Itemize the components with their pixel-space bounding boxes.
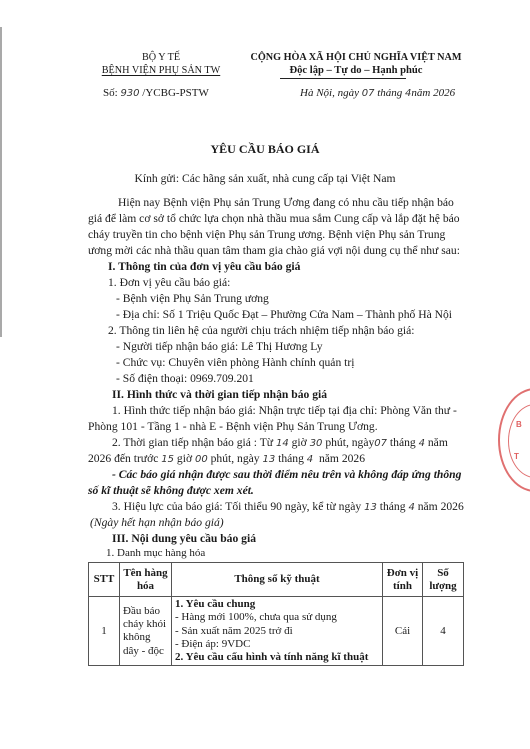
col-stt: STT [89, 563, 120, 597]
col-name: Tên hàng hóa [120, 563, 172, 597]
section-1-heading: I. Thông tin của đơn vị yêu cầu báo giá [108, 260, 300, 274]
late-submission-note-line-2: số kĩ thuật sẽ không được xem xét. [88, 484, 254, 498]
col-quantity: Số lượng [423, 563, 464, 597]
row-quantity: 4 [423, 597, 464, 666]
section-1-item-1: 1. Đơn vị yêu cầu báo giá: [108, 276, 230, 290]
section-2-heading: II. Hình thức và thời gian tiếp nhận báo… [112, 388, 327, 402]
stamp-text: B [516, 420, 522, 429]
intro-line-2: giá để làm cơ sở tổ chức lựa chọn nhà th… [88, 212, 460, 226]
header-left: BỘ Y TẾ BỆNH VIỆN PHỤ SẢN TW [86, 52, 236, 77]
requesting-unit: - Bệnh viện Phụ Sản Trung ương [116, 292, 269, 306]
table-row: 1 Đầu báo cháy khói không dây - độc 1. Y… [89, 597, 464, 666]
section-2-item-1-line-2: Phòng 101 - Tầng 1 - nhà E - Bệnh viện P… [88, 420, 378, 434]
motto-underline [280, 78, 406, 79]
recipient-line: Kính gửi: Các hãng sản xuất, nhà cung cấ… [0, 172, 530, 186]
organization-name: BỆNH VIỆN PHỤ SẢN TW [86, 65, 236, 78]
spec-line: - Hàng mới 100%, chưa qua sử dụng [175, 611, 379, 624]
country-name: CỘNG HÒA XÃ HỘI CHỦ NGHĨA VIỆT NAM [240, 52, 472, 65]
section-2-item-1-line-1: 1. Hình thức tiếp nhận báo giá: Nhận trự… [112, 404, 457, 418]
goods-table: STT Tên hàng hóa Thông số kỹ thuật Đơn v… [88, 562, 464, 666]
quote-validity: 3. Hiệu lực của báo giá: Tối thiểu 90 ng… [112, 500, 464, 515]
document-date: Hà Nội, ngày 07 tháng 4năm 2026 [300, 86, 455, 101]
document-number: Số: 930 /YCBG-PSTW [103, 86, 209, 101]
row-unit: Cái [383, 597, 423, 666]
section-3-heading: III. Nội dung yêu cầu báo giá [112, 532, 256, 546]
intro-line-4: ương mời các nhà thầu quan tâm tham gia … [88, 244, 460, 258]
unit-address: - Địa chỉ: Số 1 Triệu Quốc Đạt – Phường … [116, 308, 452, 322]
spec-line: - Điện áp: 9VDC [175, 638, 379, 651]
contact-person: - Người tiếp nhận báo giá: Lê Thị Hương … [116, 340, 323, 354]
stamp-text: T [514, 452, 519, 461]
quote-validity-note: (Ngày hết hạn nhận báo giá) [90, 516, 224, 530]
late-submission-note-line-1: - Các báo giá nhận được sau thời điểm nê… [112, 468, 461, 482]
table-header-row: STT Tên hàng hóa Thông số kỹ thuật Đơn v… [89, 563, 464, 597]
row-stt: 1 [89, 597, 120, 666]
spec-line: - Sản xuất năm 2025 trở đi [175, 625, 379, 638]
doc-number-handwritten: 930 [120, 88, 139, 99]
col-unit: Đơn vị tính [383, 563, 423, 597]
document-title: YÊU CẦU BÁO GIÁ [0, 142, 530, 157]
contact-position: - Chức vụ: Chuyên viên phòng Hành chính … [116, 356, 354, 370]
intro-line-1: Hiện nay Bệnh viện Phụ sản Trung Ương đa… [118, 196, 454, 210]
ministry-name: BỘ Y TẾ [86, 52, 236, 65]
col-specs: Thông số kỹ thuật [172, 563, 383, 597]
contact-phone: - Số điện thoại: 0969.709.201 [116, 372, 254, 386]
receive-time-line-2: 2026 đến trước 15 giờ 00 phút, ngày 13 t… [88, 452, 365, 467]
row-item-name: Đầu báo cháy khói không dây - độc [120, 597, 172, 666]
goods-list-subheading: 1. Danh mục hàng hóa [106, 546, 205, 560]
section-1-item-2: 2. Thông tin liên hệ của người chịu trác… [108, 324, 414, 338]
receive-time-line-1: 2. Thời gian tiếp nhận báo giá : Từ 14 g… [112, 436, 448, 451]
spec-heading-general: 1. Yêu cầu chung [175, 598, 379, 611]
national-motto: Độc lập – Tự do – Hạnh phúc [240, 65, 472, 78]
header-right: CỘNG HÒA XÃ HỘI CHỦ NGHĨA VIỆT NAM Độc l… [240, 52, 472, 77]
spec-heading-config: 2. Yêu cầu cấu hình và tính năng kĩ thuậ… [175, 651, 379, 664]
intro-line-3: cháy truyền tin cho bệnh viện Phụ sản Tr… [88, 228, 445, 242]
row-specs: 1. Yêu cầu chung - Hàng mới 100%, chưa q… [172, 597, 383, 666]
